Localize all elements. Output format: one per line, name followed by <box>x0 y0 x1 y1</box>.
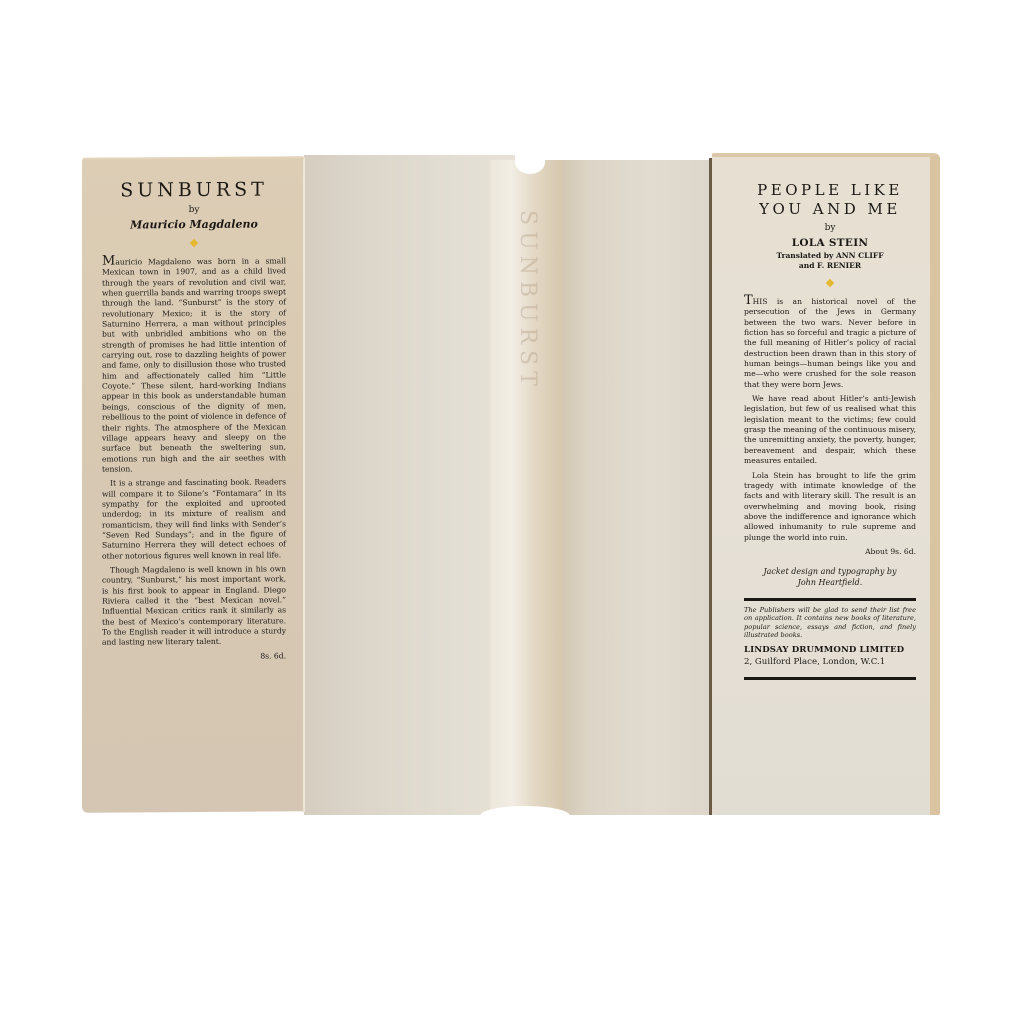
right-flap: PEOPLE LIKE YOU AND ME by LOLA STEIN Tra… <box>712 153 940 815</box>
book-title: PEOPLE LIKE YOU AND ME <box>744 181 916 219</box>
book-title: SUNBURST <box>102 178 286 201</box>
blurb-paragraph: We have read about Hitler’s anti-Jewish … <box>744 394 916 466</box>
bottom-spine-edge <box>480 806 570 826</box>
spine-ghost-text: SUNBURST <box>500 210 540 630</box>
left-flap: SUNBURST by Mauricio Magdaleno Mauricio … <box>82 156 304 813</box>
top-tear <box>515 150 545 174</box>
diamond-ornament-icon <box>826 279 834 287</box>
publisher-note: The Publishers will be glad to send thei… <box>744 606 916 640</box>
price: About 9s. 6d. <box>744 547 916 556</box>
diamond-ornament-icon <box>190 239 198 247</box>
drop-cap: M <box>102 254 115 269</box>
blurb-paragraph: Mauricio Magdaleno was born in a small M… <box>102 255 286 475</box>
price: 8s. 6d. <box>102 651 286 661</box>
drop-cap: T <box>744 293 753 308</box>
by-label: by <box>744 223 916 233</box>
blurb: THIS is an historical novel of the perse… <box>744 296 916 543</box>
divider-rule <box>744 598 916 601</box>
blurb-paragraph: THIS is an historical novel of the perse… <box>744 296 916 390</box>
author-name: Mauricio Magdaleno <box>102 217 286 231</box>
blurb-paragraph: It is a strange and fascinating book. Re… <box>102 478 286 562</box>
blurb-paragraph: Lola Stein has brought to life the grim … <box>744 471 916 543</box>
left-flap-content: SUNBURST by Mauricio Magdaleno Mauricio … <box>102 178 286 661</box>
publisher-name: LINDSAY DRUMMOND LIMITED <box>744 645 916 655</box>
blurb-paragraph: Though Magdaleno is well known in his ow… <box>102 564 286 648</box>
right-flap-content: PEOPLE LIKE YOU AND ME by LOLA STEIN Tra… <box>744 181 916 685</box>
inside-page-right <box>560 160 711 815</box>
divider-rule <box>744 677 916 680</box>
by-label: by <box>102 204 286 215</box>
publisher-address: 2, Guilford Place, London, W.C.1 <box>744 657 916 667</box>
blurb: Mauricio Magdaleno was born in a small M… <box>102 255 286 648</box>
book-jacket-inside: SUNBURST SUNBURST by Mauricio Magdaleno … <box>0 0 1024 1024</box>
translator-credit: Translated by ANN CLIFF and F. RENIER <box>744 251 916 271</box>
design-credit: Jacket design and typography by John Hea… <box>744 566 916 588</box>
author-name: LOLA STEIN <box>744 237 916 249</box>
